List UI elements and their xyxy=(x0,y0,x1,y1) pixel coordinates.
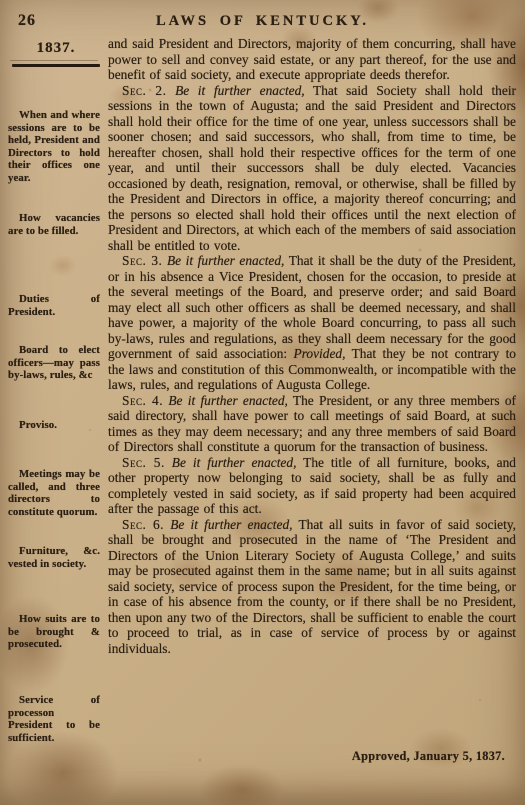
enacting-phrase: Be it further enacted, xyxy=(165,455,297,470)
margin-note: Meetings may be called, and three direct… xyxy=(8,468,100,518)
margin-note: Proviso. xyxy=(8,419,100,432)
statute-paragraph: Sec. 6. Be it further enacted, That all … xyxy=(108,517,516,657)
statute-paragraph: Sec. 4. Be it further enacted, The Presi… xyxy=(108,393,516,455)
book-page: 26 LAWS OF KENTUCKY. 1837. When and wher… xyxy=(0,0,525,805)
margin-note: Board to elect officers—may pass by-laws… xyxy=(8,344,100,382)
enacting-phrase: Be it further enacted, xyxy=(166,83,304,98)
enacting-phrase: Provided, xyxy=(294,346,346,361)
approval-line: Approved, January 5, 1837. xyxy=(352,749,505,764)
enacting-phrase: Be it further enacted, xyxy=(163,393,288,408)
margin-note: Furniture, &c. vested in society. xyxy=(8,545,100,570)
margin-note: Duties of President. xyxy=(8,293,100,318)
statute-text: That it shall be the duty of the Preside… xyxy=(108,253,516,361)
section-number: Sec. 5. xyxy=(122,455,165,470)
section-number: Sec. 2. xyxy=(122,83,166,98)
statute-text: That all suits in favor of said society,… xyxy=(108,517,516,656)
section-number: Sec. 6. xyxy=(122,517,164,532)
enacting-phrase: Be it further enacted, xyxy=(162,253,284,268)
statute-text-column: and said President and Directors, majori… xyxy=(108,36,516,656)
enacting-phrase: Be it further enacted, xyxy=(164,517,292,532)
margin-note: When and where sessions are to be held, … xyxy=(8,109,100,185)
margin-notes-column: When and where sessions are to be held, … xyxy=(8,0,102,805)
section-number: Sec. 4. xyxy=(122,393,163,408)
statute-paragraph: and said President and Directors, majori… xyxy=(108,36,516,83)
margin-note: How suits are to be brought & prosecuted… xyxy=(8,613,100,651)
statute-text: and said President and Directors, majori… xyxy=(108,36,516,82)
section-number: Sec. 3. xyxy=(122,253,162,268)
statute-text: That said Society shall hold their sessi… xyxy=(108,83,516,253)
statute-paragraph: Sec. 5. Be it further enacted, The title… xyxy=(108,455,516,517)
statute-paragraph: Sec. 2. Be it further enacted, That said… xyxy=(108,83,516,254)
margin-note: Service of processon President to be suf… xyxy=(8,694,100,744)
margin-note: How vacancies are to be filled. xyxy=(8,212,100,237)
statute-paragraph: Sec. 3. Be it further enacted, That it s… xyxy=(108,253,516,393)
